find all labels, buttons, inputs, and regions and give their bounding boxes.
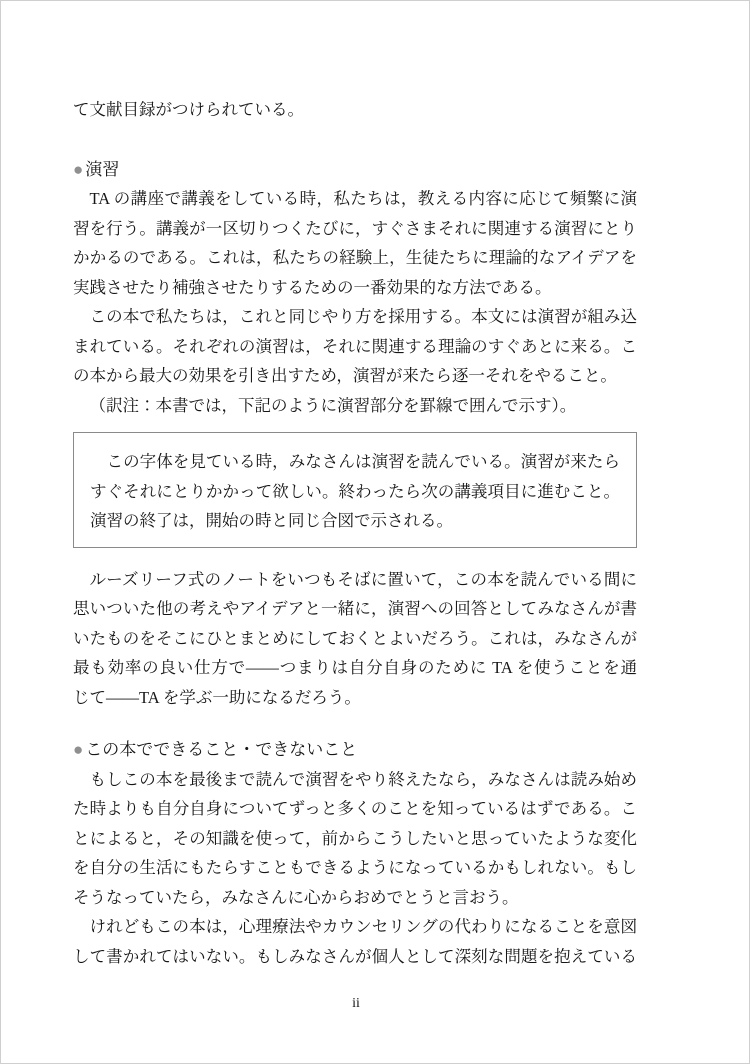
text-line: まれている。それぞれの演習は，それに関連する理論のすぐあとに来る。こ <box>73 332 637 362</box>
text-line: TA の講座で講義をしている時，私たちは，教える内容に応じて頻繁に演 <box>73 184 637 214</box>
text-line: た時よりも自分自身についてずっと多くのことを知っているはずである。こ <box>73 794 637 824</box>
carryover-line: て文献目録がつけられている。 <box>73 95 637 125</box>
section-bullet-icon: ● <box>73 161 83 178</box>
section-heading-text: 演習 <box>85 155 119 185</box>
section-heading-exercise: ●演習 <box>73 155 637 185</box>
text-line: 思いついた他の考えやアイデアと一緒に，演習への回答としてみなさんが書 <box>73 594 637 624</box>
text-line: して書かれてはいない。もしみなさんが個人として深刻な問題を抱えている <box>73 942 637 972</box>
text-line: とによると，その知識を使って，前からこうしたいと思っていたような変化 <box>73 824 637 854</box>
translator-note: （訳注：本書では，下記のように演習部分を罫線で囲んで示す）。 <box>73 391 637 421</box>
paragraph-scope-2: けれどもこの本は，心理療法やカウンセリングの代わりになることを意図 して書かれて… <box>73 912 637 971</box>
paragraph-exercise-2: この本で私たちは，これと同じやり方を採用する。本文には演習が組み込 まれている。… <box>73 302 637 391</box>
text-line: 実践させたり補強させたりするための一番効果的な方法である。 <box>73 273 637 303</box>
text-line: けれどもこの本は，心理療法やカウンセリングの代わりになることを意図 <box>73 912 637 942</box>
text-line: を自分の生活にもたらすこともできるようになっているかもしれない。もし <box>73 853 637 883</box>
book-page: て文献目録がつけられている。 ●演習 TA の講座で講義をしている時，私たちは，… <box>0 0 750 1064</box>
paragraph-scope-1: もしこの本を最後まで読んで演習をやり終えたなら，みなさんは読み始め た時よりも自… <box>73 765 637 913</box>
text-line: この字体を見ている時，みなさんは演習を読んでいる。演習が来たら <box>90 447 620 477</box>
paragraph-notebook: ルーズリーフ式のノートをいつもそばに置いて，この本を読んでいる間に 思いついた他… <box>73 565 637 713</box>
section-heading-text: この本でできること・できないこと <box>85 735 357 765</box>
text-line: の本から最大の効果を引き出すため，演習が来たら逐一それをやること。 <box>73 361 637 391</box>
text-line: いたものをそこにひとまとめにしておくとよいだろう。これは，みなさんが <box>73 624 637 654</box>
text-line: じて——TA を学ぶ一助になるだろう。 <box>73 683 637 713</box>
section-bullet-icon: ● <box>73 741 83 758</box>
exercise-box: この字体を見ている時，みなさんは演習を読んでいる。演習が来たら すぐそれにとりか… <box>73 432 637 548</box>
text-line: かかるのである。これは，私たちの経験上，生徒たちに理論的なアイデアを <box>73 243 637 273</box>
text-line: 最も効率の良い仕方で——つまりは自分自身のために TA を使うことを通 <box>73 653 637 683</box>
text-line: ルーズリーフ式のノートをいつもそばに置いて，この本を読んでいる間に <box>73 565 637 595</box>
text-line: 演習の終了は，開始の時と同じ合図で示される。 <box>90 506 620 536</box>
text-line: この本で私たちは，これと同じやり方を採用する。本文には演習が組み込 <box>73 302 637 332</box>
page-content: て文献目録がつけられている。 ●演習 TA の講座で講義をしている時，私たちは，… <box>1 1 749 971</box>
page-number: ii <box>73 995 639 1013</box>
text-line: すぐそれにとりかかって欲しい。終わったら次の講義項目に進むこと。 <box>90 477 620 507</box>
text-line: そうなっていたら，みなさんに心からおめでとうと言おう。 <box>73 883 637 913</box>
text-line: 習を行う。講義が一区切りつくたびに，すぐさまそれに関連する演習にとり <box>73 214 637 244</box>
text-line: もしこの本を最後まで読んで演習をやり終えたなら，みなさんは読み始め <box>73 765 637 795</box>
paragraph-exercise-1: TA の講座で講義をしている時，私たちは，教える内容に応じて頻繁に演 習を行う。… <box>73 184 637 302</box>
section-heading-scope: ●この本でできること・できないこと <box>73 735 637 765</box>
